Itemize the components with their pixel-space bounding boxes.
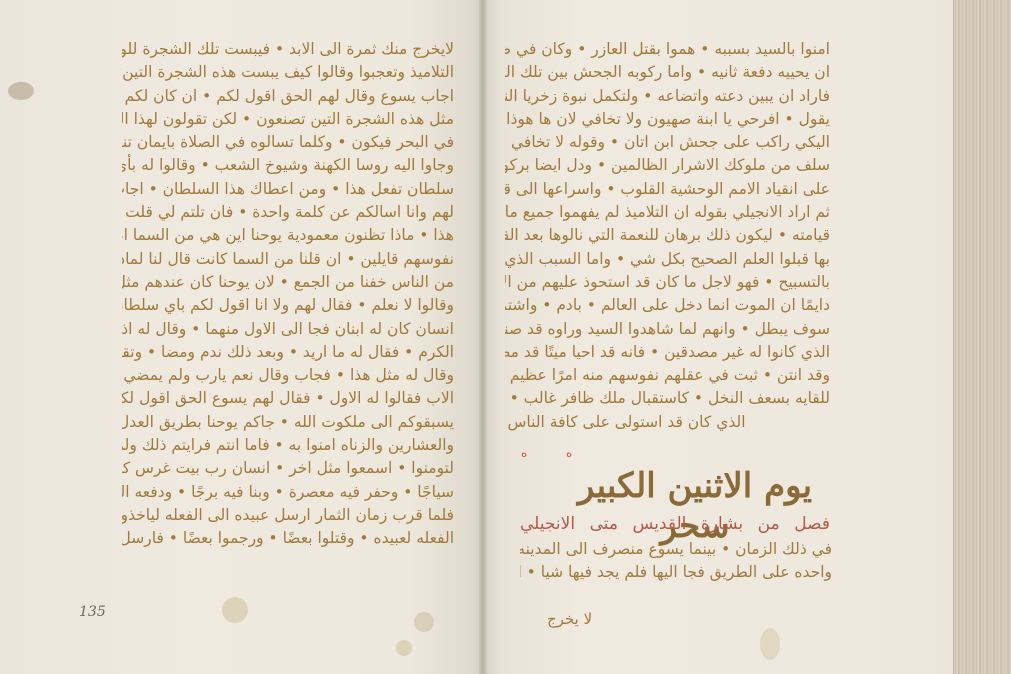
text-line: سلطان تفعل هذا • ومن اعطاك هذا السلطان •… <box>122 178 454 201</box>
right-page-text: امنوا بالسيد بسببه • هموا بقتل العازر • … <box>505 38 830 434</box>
manuscript-spread: لايخرج منك ثمرة الى الابد • فيبست تلك ال… <box>0 0 1011 674</box>
folio-number: 135 <box>79 604 106 620</box>
text-line: فاراد ان يبين دعته واتضاعه • ولتكمل نبوة… <box>505 85 830 108</box>
ink-stain <box>8 82 34 100</box>
text-line: للقايه بسعف النخل • كاستقبال ملك ظافر غا… <box>505 387 830 410</box>
red-marker: ه <box>521 446 527 460</box>
text-line: بالتسبيح • فهو لاجل ما كان قد استحوذ علي… <box>505 271 830 294</box>
text-line: واحده على الطريق فجا اليها فلم يجد فيها … <box>520 561 832 584</box>
text-line: الاب فقالوا له الاول • فقال لهم يسوع الح… <box>122 387 454 410</box>
text-line: من الناس خفنا من الجمع • لان يوحنا كان ع… <box>122 271 454 294</box>
text-line: سوف يبطل • وانهم لما شاهدوا السيد وراوه … <box>505 318 830 341</box>
red-marker: ه <box>566 446 572 460</box>
water-stain <box>396 640 412 656</box>
text-line: الذي كان قد استولى على كافة الناس <box>505 411 746 434</box>
text-line: لتومنوا • اسمعوا مثل اخر • انسان رب بيت … <box>122 457 454 480</box>
text-line: مثل هذه الشجرة التين تصنعون • لكن تقولون… <box>122 108 454 131</box>
water-stain <box>222 597 248 623</box>
section-heading: يوم الاثنين الكبير سحر <box>560 466 830 546</box>
water-stain <box>760 628 780 660</box>
text-line: على انقياد الامم الوحشية القلوب • واسراع… <box>505 178 830 201</box>
text-line: لايخرج منك ثمرة الى الابد • فيبست تلك ال… <box>122 38 454 61</box>
text-line: انسان كان له ابنان فجا الى الاول منهما •… <box>122 318 454 341</box>
left-page-text: لايخرج منك ثمرة الى الابد • فيبست تلك ال… <box>122 38 454 551</box>
text-line: دايمًا ان الموت انما دخل على العالم • با… <box>505 294 830 317</box>
text-line: والعشارين والزناه امنوا به • فاما انتم ف… <box>122 434 454 457</box>
text-line: نفوسهم قايلين • ان قلنا من السما كانت قا… <box>122 248 454 271</box>
text-line: وقد انتن • ثبت في عقلهم نفوسهم منه امرًا… <box>505 364 830 387</box>
text-line: اجاب يسوع وقال لهم الحق اقول لكم • ان كا… <box>122 85 454 108</box>
book-gutter <box>479 0 487 674</box>
rubric-title: فصل من بشارة القديس متى الانجيلي <box>520 514 830 534</box>
text-line: الفعله لعبيده • وقتلوا بعضًا • ورجموا بع… <box>122 527 454 550</box>
water-stain <box>414 612 434 632</box>
text-line: التلاميذ وتعجبوا وقالوا كيف يبست هذه الش… <box>122 61 454 84</box>
text-line: وجاوا اليه روسا الكهنة وشيوخ الشعب • وقا… <box>122 154 454 177</box>
text-line: وقالوا لا نعلم • فقال لهم ولا انا اقول ل… <box>122 294 454 317</box>
text-line: امنوا بالسيد بسببه • هموا بقتل العازر • … <box>505 38 830 61</box>
text-line: ان يحييه دفعة ثانيه • واما ركوبه الجحش ب… <box>505 61 830 84</box>
text-line: في البحر فيكون • وكلما تسالوه في الصلاة … <box>122 131 454 154</box>
text-line: في ذلك الزمان • بينما يسوع منصرف الى الم… <box>520 538 832 561</box>
text-line: هذا • ماذا تظنون معمودية يوحنا اين هي من… <box>122 224 454 247</box>
catchword: لا يخرج <box>547 610 592 628</box>
text-line: ثم اراد الانجيلي بقوله ان التلاميذ لم يف… <box>505 201 830 224</box>
text-line: الكرم • فقال له ما اريد • وبعد ذلك ندم و… <box>122 341 454 364</box>
text-line: وقال له مثل هذا • فجاب وقال نعم يارب ولم… <box>122 364 454 387</box>
text-line: قيامته • ليكون ذلك برهان للنعمة التي نال… <box>505 224 830 247</box>
text-line: الذي كانوا له غير مصدقين • فانه قد احيا … <box>505 341 830 364</box>
text-line: لهم وانا اسالكم عن كلمة واحدة • فان تلتم… <box>122 201 454 224</box>
text-line: فلما قرب زمان الثمار ارسل عبيده الى الفع… <box>122 504 454 527</box>
text-line: اليكي راكب على جحش ابن اتان • وقوله لا ت… <box>505 131 830 154</box>
page-fore-edge <box>953 0 1011 674</box>
gospel-reading-text: في ذلك الزمان • بينما يسوع منصرف الى الم… <box>520 538 832 585</box>
text-line: بها قبلوا العلم الصحيح بكل شي • واما الس… <box>505 248 830 271</box>
text-line: يسبقوكم الى ملكوت الله • جاكم يوحنا بطري… <box>122 411 454 434</box>
text-line: سلف من ملوكك الاشرار الظالمين • ودل ايضا… <box>505 154 830 177</box>
text-line: يقول • افرحي يا ابنة صهيون ولا تخافي لان… <box>505 108 830 131</box>
text-line: سياجًا • وحفر فيه معصرة • وبنا فيه برجًا… <box>122 481 454 504</box>
